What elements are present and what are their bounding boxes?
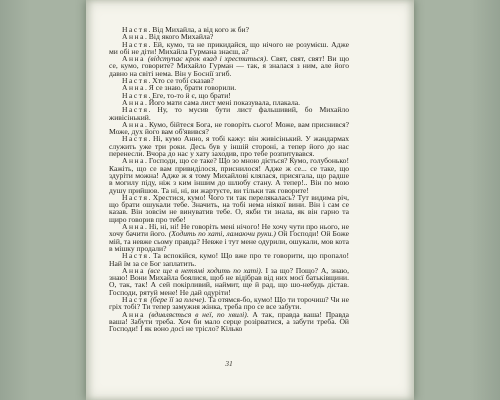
dialogue-paragraph: Настя (бере її за плече). Та отямся-бо, … [109, 296, 349, 311]
book-page: Настя. Від Михайла, а від кого ж би?Анна… [86, 0, 414, 400]
dialogue-paragraph: Анна. Кумо, бійтеся Бога, не говоріть сь… [109, 121, 349, 136]
dialogue-paragraph: Настя. Ну, то мусив бути лист фальшивий,… [109, 106, 349, 121]
dialogue-paragraph: Настя. Хрестися, кумо! Чого ти так перел… [109, 194, 349, 223]
page-text: Настя. Від Михайла, а від кого ж би?Анна… [109, 26, 349, 332]
dialogue-paragraph: Анна (все ще в нетямі ходить по хаті). І… [109, 267, 349, 296]
dialogue-paragraph: Анна. Ні, ні, ні! Не говоріть мені нічог… [109, 223, 349, 252]
dialogue-paragraph: Настя. Та вспокійся, кумо! Що вже про те… [109, 252, 349, 267]
dialogue-text: . Господи, що се таке? Що зо мною дієтьс… [109, 156, 349, 194]
dialogue-paragraph: Анна. Господи, що се таке? Що зо мною ді… [109, 157, 349, 193]
dialogue-paragraph: Настя. Ні, кумо Анно, я тобі кажу: він ж… [109, 135, 349, 157]
dialogue-paragraph: Настя. Ей, кумо, та не прикидайся, що ні… [109, 41, 349, 56]
dialogue-paragraph: Анна (відступає крок взад і хреститься).… [109, 55, 349, 77]
dialogue-paragraph: Анна (вдивляється в неї, по хвилі). А та… [109, 311, 349, 333]
page-number: 31 [109, 359, 349, 368]
